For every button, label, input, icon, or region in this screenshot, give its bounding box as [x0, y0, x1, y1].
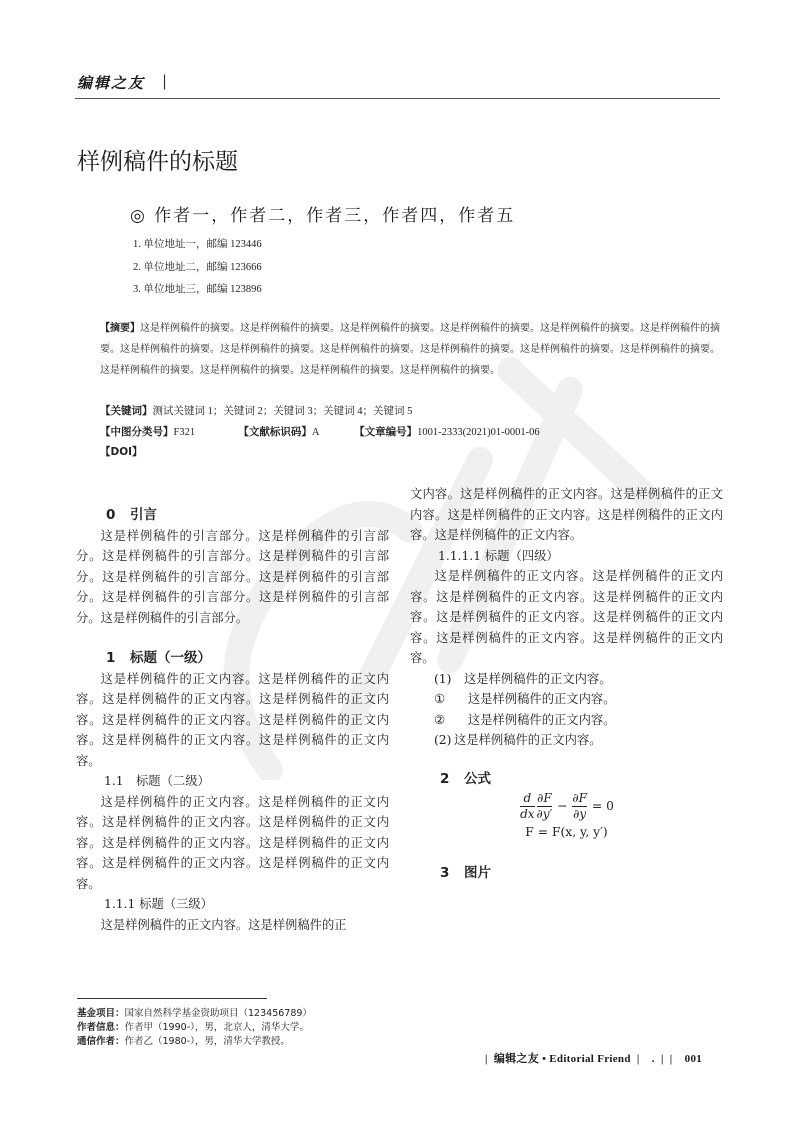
- abstract-label: 【摘要】: [100, 323, 140, 334]
- classification-row: 【中图分类号】F321 【文献标识码】A 【文章编号】1001-2333(202…: [100, 424, 540, 439]
- keywords: 【关键词】测试关键词 1；关键词 2；关键词 3；关键词 4；关键词 5: [100, 403, 412, 418]
- doc-code-value: A: [312, 427, 319, 438]
- abstract-text: 这是样例稿件的摘要。这是样例稿件的摘要。这是样例稿件的摘要。这是样例稿件的摘要。…: [100, 323, 720, 376]
- author-list: ◎ 作者一，作者二，作者三，作者四，作者五: [130, 201, 515, 226]
- section-2-heading: 2公式: [410, 769, 723, 790]
- section-1-1-1-1-heading: 1.1.1.1 标题（四级）: [410, 546, 723, 567]
- page-footer: | 编辑之友 • Editorial Friend | . | | 001: [485, 1050, 702, 1066]
- abstract: 【摘要】这是样例稿件的摘要。这是样例稿件的摘要。这是样例稿件的摘要。这是样例稿件…: [100, 318, 722, 381]
- article-no-label: 【文章编号】: [354, 426, 417, 438]
- formula-definition: F = F(x, y, y′): [410, 822, 723, 843]
- clc-value: F321: [174, 427, 196, 438]
- right-column: 文内容。这是样例稿件的正文内容。这是样例稿件的正文内容。这是样例稿件的正文内容。…: [410, 484, 723, 883]
- section-0-heading: 0引言: [76, 505, 389, 526]
- header-rule: [75, 98, 720, 99]
- section-1-1-heading: 1.1标题（二级）: [76, 771, 389, 792]
- affiliation-2: 2. 单位地址二，邮编 123666: [133, 259, 262, 274]
- list-item: ① 这是样例稿件的正文内容。: [410, 689, 723, 710]
- affiliation-3: 3. 单位地址三，邮编 123896: [133, 281, 262, 296]
- header-separator: |: [162, 72, 167, 90]
- section-1-1-1-1-text: 这是样例稿件的正文内容。这是样例稿件的正文内容。这是样例稿件的正文内容。这是样例…: [410, 566, 723, 669]
- section-1-1-text: 这是样例稿件的正文内容。这是样例稿件的正文内容。这是样例稿件的正文内容。这是样例…: [76, 792, 389, 895]
- article-title: 样例稿件的标题: [77, 143, 238, 176]
- section-1-text: 这是样例稿件的正文内容。这是样例稿件的正文内容。这是样例稿件的正文内容。这是样例…: [76, 669, 389, 772]
- doi-label: 【DOI】: [100, 446, 143, 458]
- section-1-1-1-text-part2: 文内容。这是样例稿件的正文内容。这是样例稿件的正文内容。这是样例稿件的正文内容。…: [410, 484, 723, 546]
- clc-label: 【中图分类号】: [100, 426, 174, 438]
- footnote-funding: 基金项目：国家自然科学基金资助项目（123456789）: [77, 1005, 312, 1019]
- footnote-author-info: 作者信息：作者甲（1990-），男，北京人，清华大学。: [77, 1019, 309, 1033]
- journal-brand: 编辑之友: [77, 72, 145, 93]
- formula-euler-lagrange: ddx∂F∂y′ − ∂F∂y = 0: [410, 791, 723, 822]
- article-no-value: 1001-2333(2021)01-0001-06: [417, 427, 539, 438]
- affiliation-1: 1. 单位地址一，邮编 123446: [133, 236, 262, 251]
- doi-row: 【DOI】: [100, 444, 143, 459]
- left-column: 0引言 这是样例稿件的引言部分。这是样例稿件的引言部分。这是样例稿件的引言部分。…: [76, 505, 389, 935]
- keywords-text: 测试关键词 1；关键词 2；关键词 3；关键词 4；关键词 5: [153, 406, 413, 417]
- section-1-heading: 1标题（一级）: [76, 648, 389, 669]
- section-0-text: 这是样例稿件的引言部分。这是样例稿件的引言部分。这是样例稿件的引言部分。这是样例…: [76, 526, 389, 629]
- keywords-label: 【关键词】: [100, 405, 153, 417]
- section-1-1-1-heading: 1.1.1 标题（三级）: [76, 894, 389, 915]
- footnote-rule: [77, 998, 267, 999]
- section-3-heading: 3图片: [410, 863, 723, 884]
- footnote-corresponding: 通信作者：作者乙（1980-），男，清华大学教授。: [77, 1033, 290, 1047]
- doc-code-label: 【文献标识码】: [238, 426, 312, 438]
- section-1-1-1-text-part1: 这是样例稿件的正文内容。这是样例稿件的正: [76, 915, 389, 936]
- list-item: (1)这是样例稿件的正文内容。: [410, 669, 723, 690]
- list-item: ② 这是样例稿件的正文内容。: [410, 710, 723, 731]
- list-item: (2)这是样例稿件的正文内容。: [410, 730, 723, 751]
